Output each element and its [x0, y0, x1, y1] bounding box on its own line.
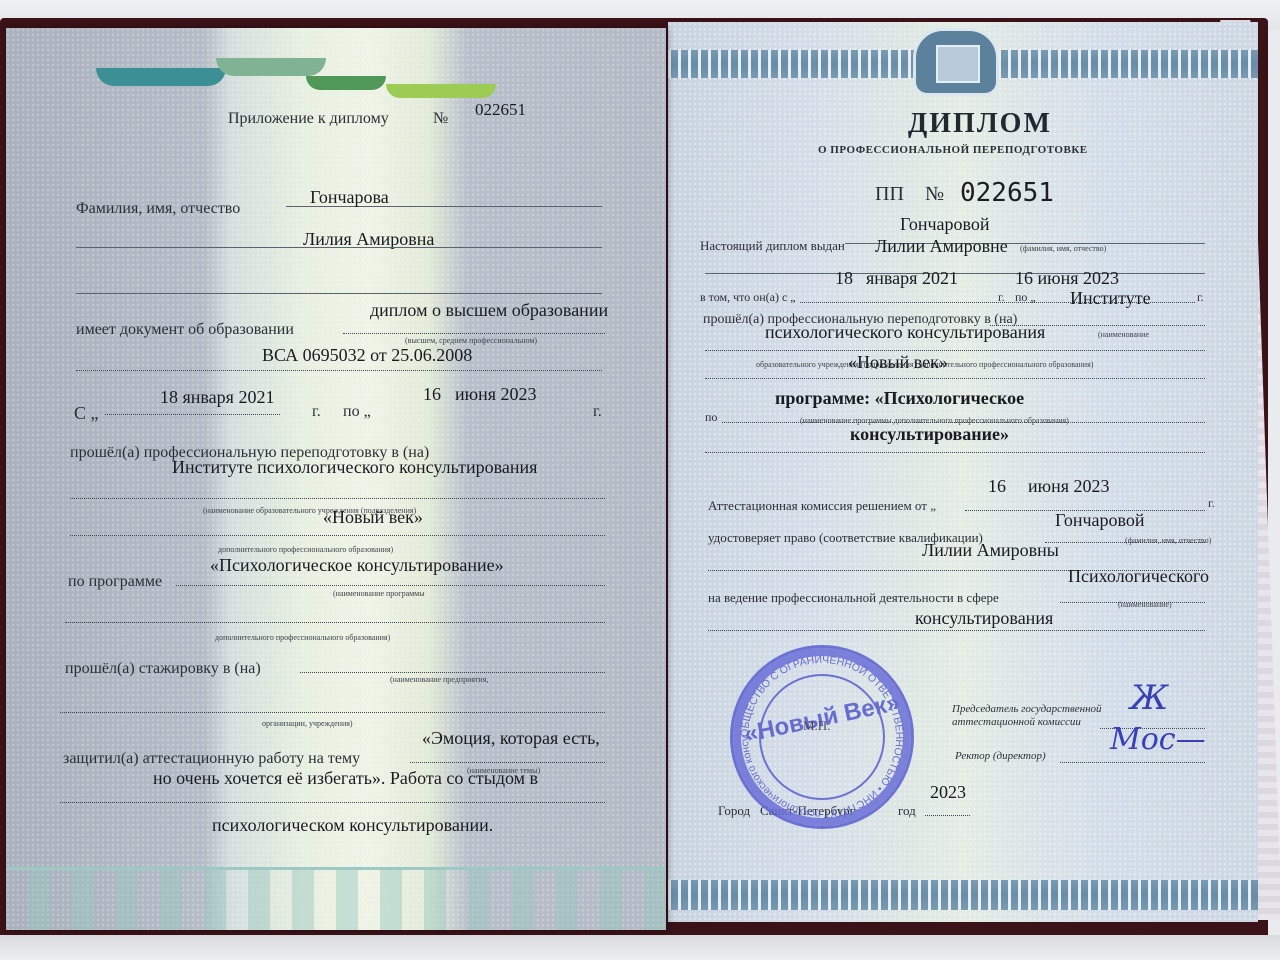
guilloche-band-bottom [668, 880, 1258, 910]
institution-line2: «Новый век» [323, 507, 423, 528]
issued-name: Лилии Амировне [875, 236, 1008, 257]
thesis-line1: «Эмоция, которая есть, [422, 728, 600, 749]
period-from: января 2021 [866, 268, 958, 289]
program-line1: программе: «Психологическое [775, 388, 1024, 409]
institution-line1: Институте психологического консультирова… [172, 457, 537, 478]
program-line2: консультирование» [850, 424, 1009, 445]
institution-line2: «Новый век» [848, 352, 948, 373]
certifies-name: Лилии Амировны [922, 540, 1059, 561]
rector-signature: Мос— [1110, 722, 1206, 757]
emblem-icon [913, 28, 999, 96]
diploma-subtitle: О ПРОФЕССИОНАЛЬНОЙ ПЕРЕПОДГОТОВКЕ [818, 144, 1088, 156]
commission-day: 16 [988, 476, 1006, 497]
date-from: 18 января 2021 [160, 387, 274, 408]
institution-line1: психологического консультирования [765, 322, 1045, 343]
institution-stamp: ОБЩЕСТВО С ОГРАНИЧЕННОЙ ОТВЕТСТВЕННОСТЬЮ… [730, 645, 914, 829]
issued-label: Настоящий диплом выдан [700, 238, 845, 254]
certifies-surname: Гончаровой [1055, 510, 1145, 531]
period-from-day: 18 [835, 268, 853, 289]
thesis-line2: но очень хочется её избегать». Работа со… [153, 768, 538, 789]
background-surface-bottom [0, 935, 1280, 960]
edu-doc-number: ВСА 0695032 от 25.06.2008 [262, 345, 472, 366]
date-to-day: 16 [423, 384, 441, 405]
date-to: июня 2023 [455, 384, 537, 405]
thesis-line3: психологическом консультировании. [212, 815, 493, 836]
commission-date: июня 2023 [1028, 476, 1110, 497]
sphere-line1: Психологического [1068, 566, 1209, 587]
program-value: «Психологическое консультирование» [210, 555, 504, 576]
sphere-line2: консультирования [915, 608, 1053, 629]
diploma-number: 022651 [960, 178, 1054, 208]
issued-surname: Гончаровой [900, 214, 990, 235]
supplement-header: Приложение к диплому [228, 110, 389, 128]
year-value: 2023 [930, 782, 966, 803]
decorative-top-band [6, 28, 666, 98]
decorative-bottom-band [6, 867, 666, 930]
number-sign: № [925, 183, 944, 206]
supplement-surname: Гончарова [310, 187, 389, 208]
institution-word: Институте [1070, 288, 1151, 309]
period-to: 16 июня 2023 [1015, 268, 1119, 289]
edu-doc-value: диплом о высшем образовании [370, 300, 608, 321]
chairman-signature: Ж [1130, 678, 1168, 718]
supplement-number: 022651 [475, 100, 526, 120]
diploma-series: ПП [875, 183, 904, 206]
supplement-page [6, 28, 666, 930]
diploma-title: ДИПЛОМ [908, 108, 1052, 140]
